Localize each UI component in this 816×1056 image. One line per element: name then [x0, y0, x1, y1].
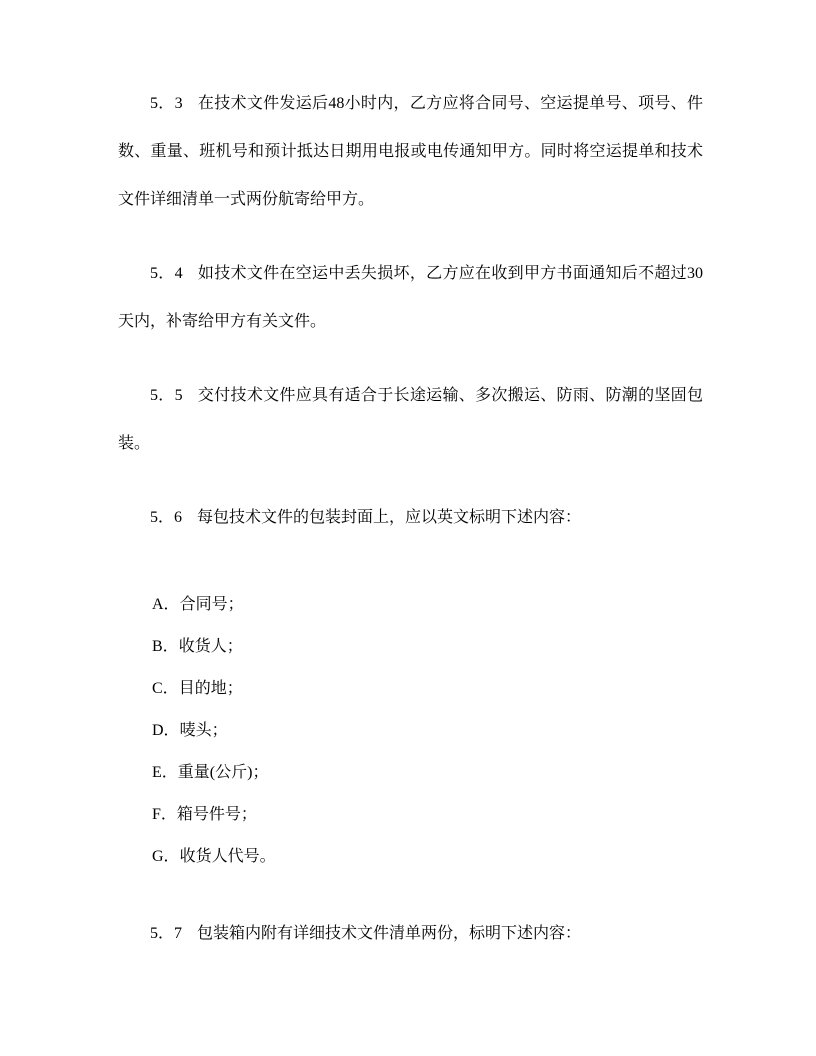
paragraph-5-3: 5．3在技术文件发运后48小时内，乙方应将合同号、空运提单号、项号、件数、重量、… [118, 80, 703, 224]
clause-text-5-7: 包装箱内附有详细技术文件清单两份，标明下述内容： [197, 925, 581, 942]
clause-text-5-5: 交付技术文件应具有适合于长途运输、多次搬运、防雨、防潮的坚固包装。 [118, 387, 703, 452]
clause-number-5-3: 5．3 [150, 95, 183, 112]
clause-text-5-4: 如技术文件在空运中丢失损坏，乙方应在收到甲方书面通知后不超过30天内，补寄给甲方… [118, 265, 703, 330]
list-letter-f: F． [152, 806, 177, 823]
list-text-g: 收货人代号。 [180, 848, 276, 865]
list-letter-d: D． [152, 722, 180, 739]
packing-marking-list: A．合同号； B．收货人； C．目的地； D．唛头； E．重量(公斤)； F．箱… [118, 584, 703, 878]
list-letter-g: G． [152, 848, 180, 865]
list-text-a: 合同号； [180, 596, 244, 613]
list-text-f: 箱号件号； [177, 806, 257, 823]
list-letter-e: E． [152, 764, 178, 781]
list-text-c: 目的地； [179, 680, 243, 697]
list-item-e: E．重量(公斤)； [152, 752, 703, 794]
clause-text-5-6: 每包技术文件的包装封面上，应以英文标明下述内容： [197, 509, 581, 526]
list-item-a: A．合同号； [152, 584, 703, 626]
list-item-f: F．箱号件号； [152, 794, 703, 836]
list-item-c: C．目的地； [152, 668, 703, 710]
clause-number-5-5: 5．5 [150, 387, 183, 404]
list-letter-c: C． [152, 680, 179, 697]
paragraph-5-6: 5．6每包技术文件的包装封面上，应以英文标明下述内容： [118, 494, 703, 542]
list-letter-a: A． [152, 596, 180, 613]
paragraph-5-7: 5．7包装箱内附有详细技术文件清单两份，标明下述内容： [118, 910, 703, 958]
list-item-g: G．收货人代号。 [152, 836, 703, 878]
list-text-b: 收货人； [179, 638, 243, 655]
clause-number-5-6: 5．6 [150, 509, 182, 526]
document-page: 5．3在技术文件发运后48小时内，乙方应将合同号、空运提单号、项号、件数、重量、… [0, 0, 816, 1056]
paragraph-5-4: 5．4如技术文件在空运中丢失损坏，乙方应在收到甲方书面通知后不超过30天内，补寄… [118, 250, 703, 346]
clause-number-5-4: 5．4 [150, 265, 183, 282]
list-item-d: D．唛头； [152, 710, 703, 752]
list-item-b: B．收货人； [152, 626, 703, 668]
paragraph-5-5: 5．5交付技术文件应具有适合于长途运输、多次搬运、防雨、防潮的坚固包装。 [118, 372, 703, 468]
list-text-d: 唛头； [180, 722, 228, 739]
list-letter-b: B． [152, 638, 179, 655]
clause-text-5-3: 在技术文件发运后48小时内，乙方应将合同号、空运提单号、项号、件数、重量、班机号… [118, 95, 703, 208]
list-text-e: 重量(公斤)； [178, 764, 269, 781]
clause-number-5-7: 5．7 [150, 925, 182, 942]
